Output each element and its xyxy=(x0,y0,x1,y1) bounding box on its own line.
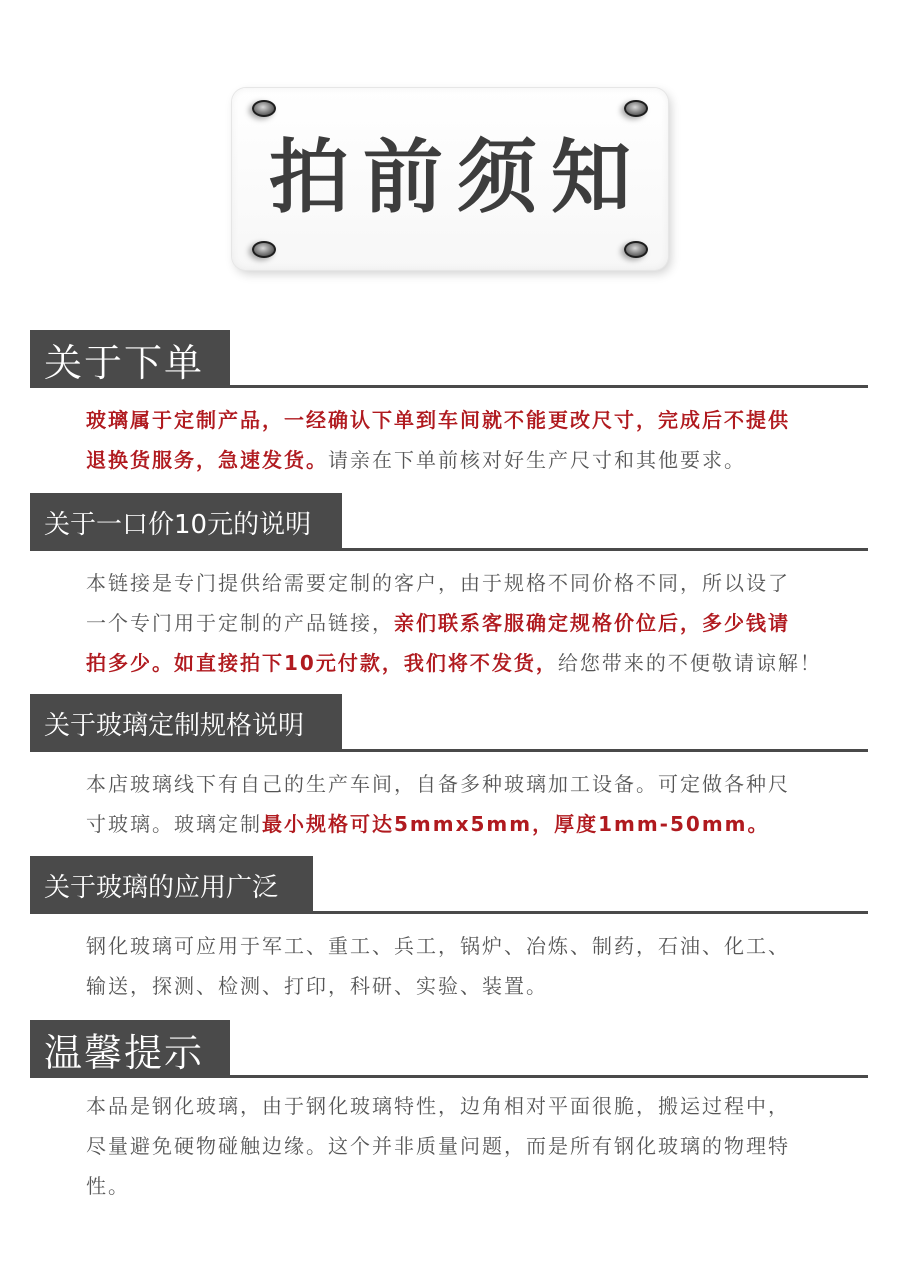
body-line: 退换货服务，急速发货。请亲在下单前核对好生产尺寸和其他要求。 xyxy=(86,440,868,480)
body-line: 寸玻璃。玻璃定制最小规格可达5mmx5mm，厚度1mm-50mm。 xyxy=(86,804,868,844)
section-header: 温馨提示 xyxy=(30,1020,868,1078)
section-about-ordering: 关于下单 玻璃属于定制产品，一经确认下单到车间就不能更改尺寸，完成后不提供 退换… xyxy=(30,330,868,480)
body-text: 本链接是专门提供给需要定制的客户，由于规格不同价格不同，所以设了 xyxy=(86,571,790,595)
body-line: 钢化玻璃可应用于军工、重工、兵工，锅炉、冶炼、制药，石油、化工、 xyxy=(86,926,868,966)
body-line: 性。 xyxy=(86,1166,868,1206)
section-header: 关于下单 xyxy=(30,330,868,388)
body-text: 钢化玻璃可应用于军工、重工、兵工，锅炉、冶炼、制药，石油、化工、 xyxy=(86,934,790,958)
body-text: 请亲在下单前核对好生产尺寸和其他要求。 xyxy=(328,448,746,472)
body-line: 一个专门用于定制的产品链接，亲们联系客服确定规格价位后，多少钱请 xyxy=(86,603,868,643)
section-body: 玻璃属于定制产品，一经确认下单到车间就不能更改尺寸，完成后不提供 退换货服务，急… xyxy=(86,400,868,480)
screw-icon xyxy=(252,241,276,258)
body-text: 本品是钢化玻璃，由于钢化玻璃特性，边角相对平面很脆，搬运过程中， xyxy=(86,1094,790,1118)
page-title: 拍前须知 xyxy=(232,128,668,228)
section-body: 钢化玻璃可应用于军工、重工、兵工，锅炉、冶炼、制药，石油、化工、 输送，探测、检… xyxy=(86,926,868,1006)
section-title: 关于玻璃定制规格说明 xyxy=(30,694,342,752)
body-line: 输送，探测、检测、打印，科研、实验、装置。 xyxy=(86,966,868,1006)
body-line: 拍多少。如直接拍下10元付款，我们将不发货，给您带来的不便敬请谅解！ xyxy=(86,643,868,683)
section-title: 关于一口价10元的说明 xyxy=(30,493,342,551)
body-text: 性。 xyxy=(86,1174,130,1198)
section-title: 关于玻璃的应用广泛 xyxy=(30,856,313,914)
section-fixed-price: 关于一口价10元的说明 本链接是专门提供给需要定制的客户，由于规格不同价格不同，… xyxy=(30,493,868,683)
section-applications: 关于玻璃的应用广泛 钢化玻璃可应用于军工、重工、兵工，锅炉、冶炼、制药，石油、化… xyxy=(30,856,868,1006)
section-friendly-reminder: 温馨提示 本品是钢化玻璃，由于钢化玻璃特性，边角相对平面很脆，搬运过程中， 尽量… xyxy=(30,1020,868,1206)
body-text: 一个专门用于定制的产品链接， xyxy=(86,611,394,635)
section-title: 关于下单 xyxy=(30,330,230,388)
body-text: 本店玻璃线下有自己的生产车间，自备多种玻璃加工设备。可定做各种尺 xyxy=(86,772,790,796)
section-body: 本链接是专门提供给需要定制的客户，由于规格不同价格不同，所以设了 一个专门用于定… xyxy=(86,563,868,683)
body-text: 寸玻璃。玻璃定制 xyxy=(86,812,262,836)
screw-icon xyxy=(624,100,648,117)
screw-icon xyxy=(624,241,648,258)
section-header: 关于玻璃定制规格说明 xyxy=(30,694,868,752)
emphasis-text: 退换货服务，急速发货。 xyxy=(86,448,328,472)
body-line: 本店玻璃线下有自己的生产车间，自备多种玻璃加工设备。可定做各种尺 xyxy=(86,764,868,804)
body-text: 尽量避免硬物碰触边缘。这个并非质量问题，而是所有钢化玻璃的物理特 xyxy=(86,1134,790,1158)
body-text: 给您带来的不便敬请谅解！ xyxy=(558,651,822,675)
title-sign: 拍前须知 xyxy=(232,88,668,270)
section-header: 关于玻璃的应用广泛 xyxy=(30,856,868,914)
emphasis-text: 最小规格可达5mmx5mm，厚度1mm-50mm。 xyxy=(262,812,770,836)
body-line: 尽量避免硬物碰触边缘。这个并非质量问题，而是所有钢化玻璃的物理特 xyxy=(86,1126,868,1166)
body-line: 玻璃属于定制产品，一经确认下单到车间就不能更改尺寸，完成后不提供 xyxy=(86,400,868,440)
emphasis-text: 亲们联系客服确定规格价位后，多少钱请 xyxy=(394,611,790,635)
emphasis-text: 拍多少。如直接拍下10元付款，我们将不发货， xyxy=(86,651,558,675)
body-text: 输送，探测、检测、打印，科研、实验、装置。 xyxy=(86,974,548,998)
section-title: 温馨提示 xyxy=(30,1020,230,1078)
body-line: 本链接是专门提供给需要定制的客户，由于规格不同价格不同，所以设了 xyxy=(86,563,868,603)
section-custom-specs: 关于玻璃定制规格说明 本店玻璃线下有自己的生产车间，自备多种玻璃加工设备。可定做… xyxy=(30,694,868,844)
section-body: 本品是钢化玻璃，由于钢化玻璃特性，边角相对平面很脆，搬运过程中， 尽量避免硬物碰… xyxy=(86,1086,868,1206)
emphasis-text: 玻璃属于定制产品，一经确认下单到车间就不能更改尺寸，完成后不提供 xyxy=(86,408,790,432)
screw-icon xyxy=(252,100,276,117)
body-line: 本品是钢化玻璃，由于钢化玻璃特性，边角相对平面很脆，搬运过程中， xyxy=(86,1086,868,1126)
section-header: 关于一口价10元的说明 xyxy=(30,493,868,551)
section-body: 本店玻璃线下有自己的生产车间，自备多种玻璃加工设备。可定做各种尺 寸玻璃。玻璃定… xyxy=(86,764,868,844)
